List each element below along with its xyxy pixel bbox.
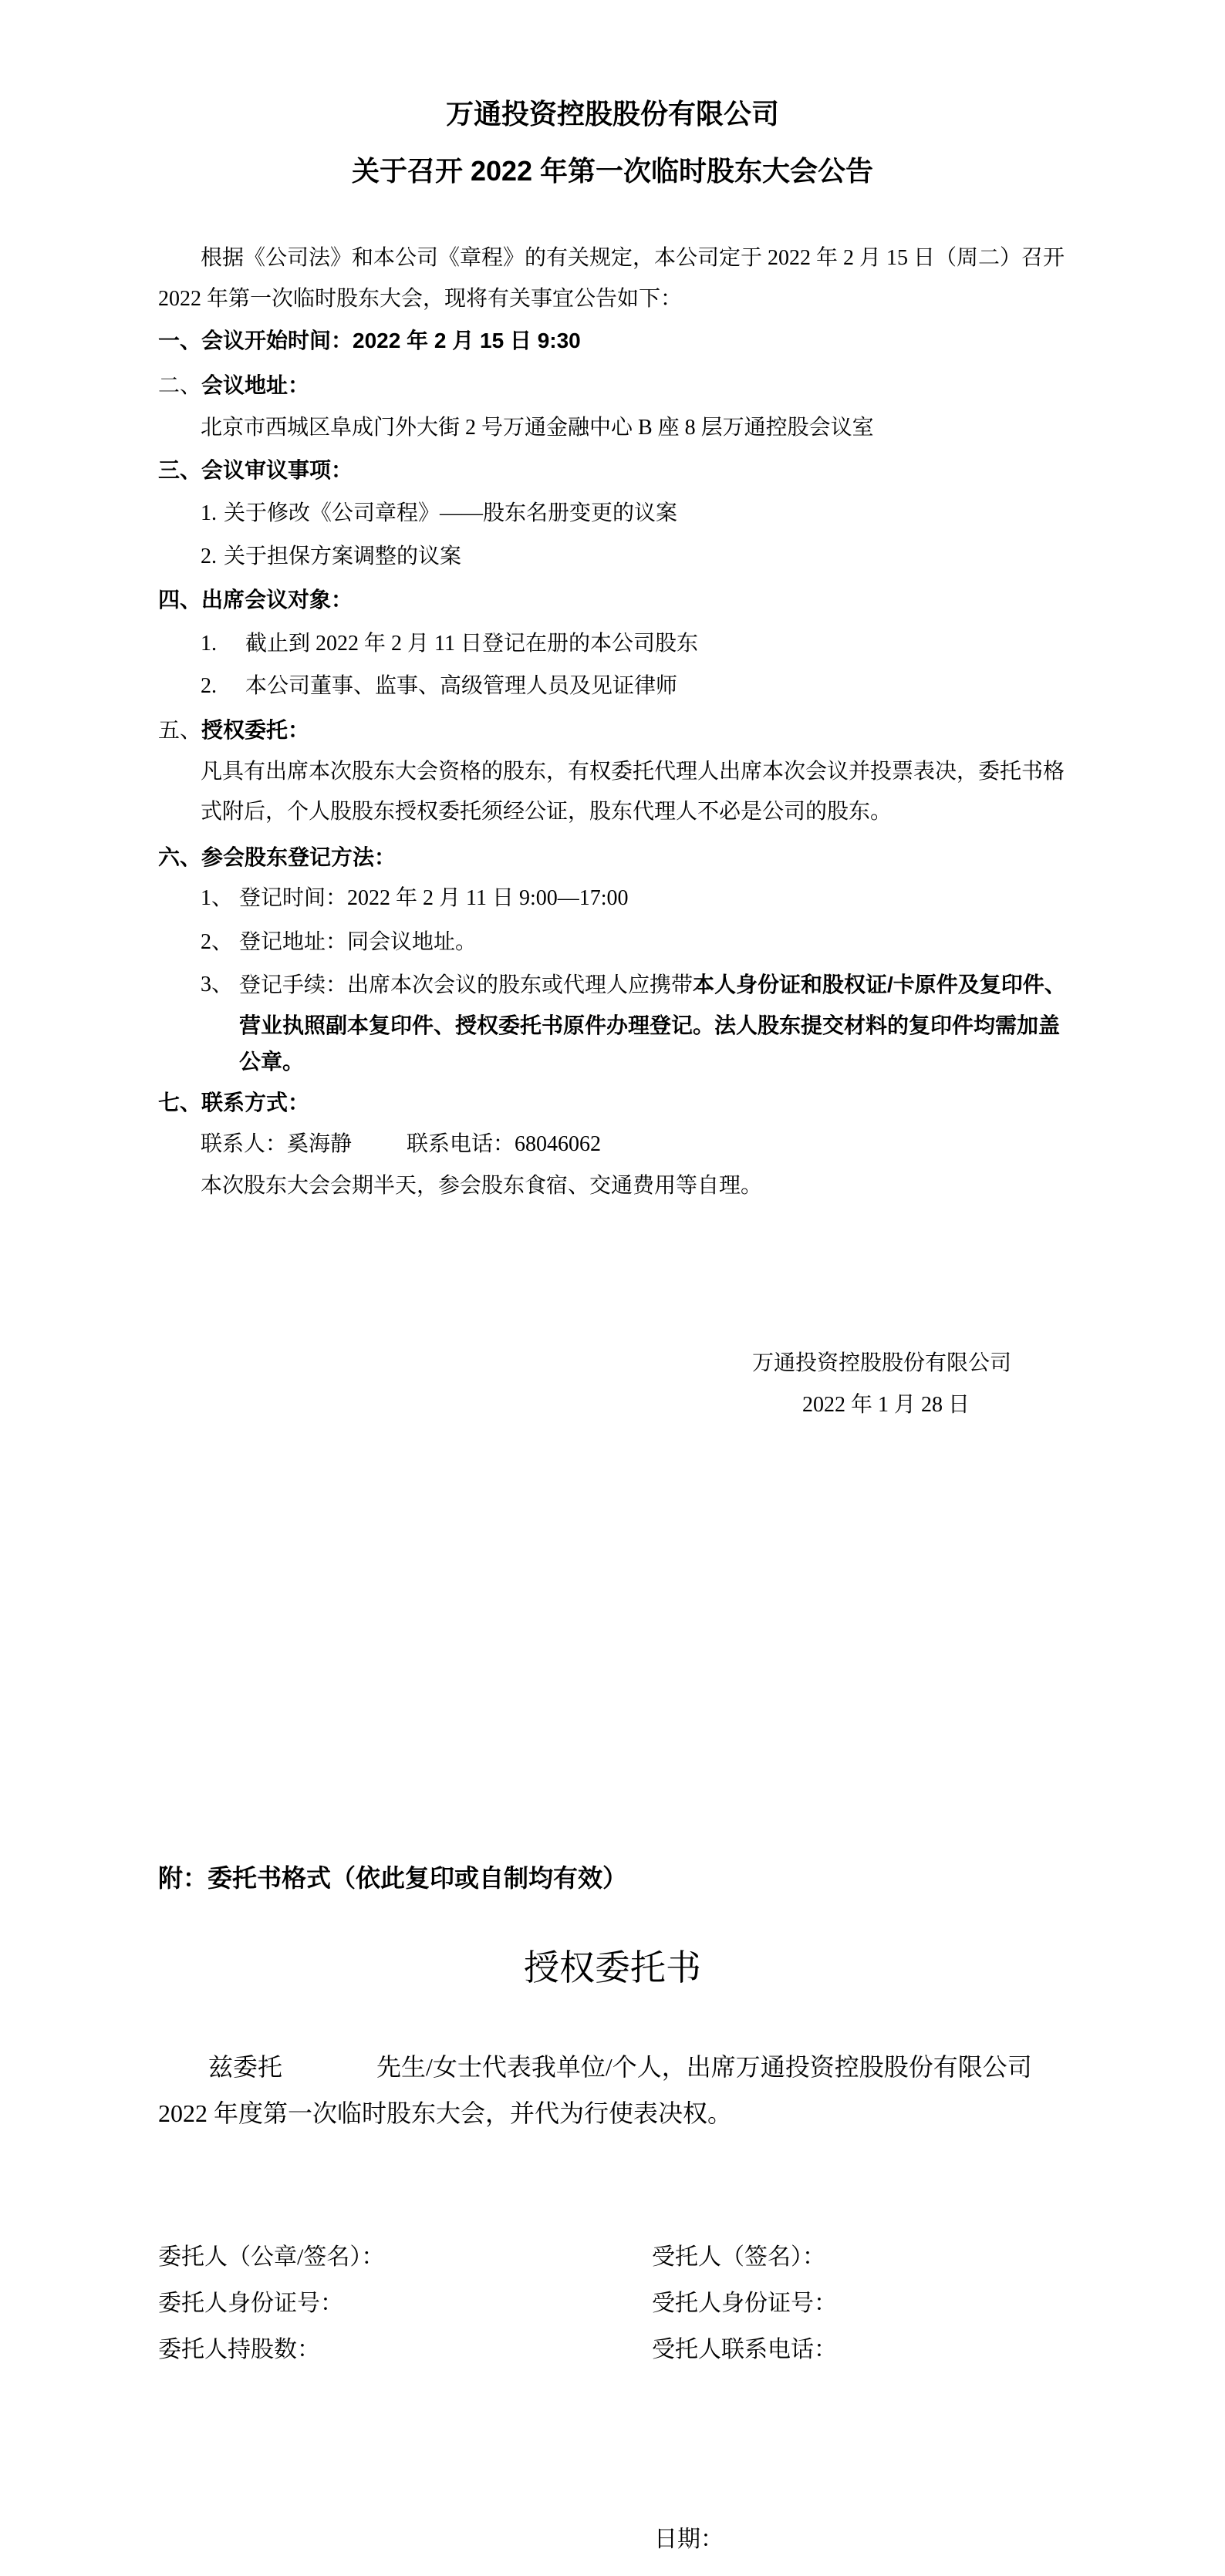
signature-date: 2022 年 1 月 28 日 (802, 1390, 970, 1421)
section-5-heading: 五、授权委托： (158, 715, 309, 746)
intro-line-1: 根据《公司法》和本公司《章程》的有关规定，本公司定于 2022 年 2 月 15… (201, 243, 1065, 274)
registration-item-number: 2、 (201, 927, 233, 958)
section-7-heading: 七、联系方式： (158, 1087, 309, 1118)
agenda-item-text: 关于担保方案调整的议案 (224, 541, 461, 572)
proxy-form-title: 授权委托书 (0, 1945, 1225, 1991)
agenda-item: 1. (201, 498, 217, 529)
registration-procedure-line-3: 公章。 (239, 1047, 304, 1077)
proxy-id-field: 受托人身份证号： (652, 2288, 837, 2319)
section-label: 会议审议事项： (201, 458, 353, 482)
registration-address: 登记地址：同会议地址。 (239, 927, 477, 958)
attendee-item-number: 2. (201, 671, 217, 702)
proxy-body-line-2: 2022 年度第一次临时股东大会，并代为行使表决权。 (158, 2096, 732, 2130)
procedure-required-documents: 本人身份证和股权证/卡原件及复印件、 (693, 973, 1066, 996)
attendee-item-number: 1. (201, 629, 217, 659)
section-4-heading: 四、出席会议对象： (158, 585, 353, 615)
section-number: 三、 (158, 458, 201, 482)
section-6-heading: 六、参会股东登记方法： (158, 842, 396, 873)
section-label: 出席会议对象： (201, 588, 353, 612)
attendee-item-text: 截止到 2022 年 2 月 11 日登记在册的本公司股东 (245, 629, 698, 659)
proxy-paragraph-line-2: 式附后，个人股股东授权委托须经公证，股东代理人不必是公司的股东。 (201, 797, 892, 828)
section-label: 会议开始时间： (201, 329, 353, 352)
section-number: 一、 (158, 329, 201, 352)
appendix-heading: 附：委托书格式（依此复印或自制均有效） (158, 1861, 627, 1895)
section-label: 会议地址： (201, 373, 309, 397)
registration-procedure-line-2: 营业执照副本复印件、授权委托书原件办理登记。法人股东提交材料的复印件均需加盖 (239, 1010, 1060, 1041)
section-label: 参会股东登记方法： (201, 845, 396, 869)
principal-shareholding-field: 委托人持股数： (158, 2335, 320, 2365)
section-number: 七、 (158, 1091, 201, 1114)
meeting-address: 北京市西城区阜成门外大街 2 号万通金融中心 B 座 8 层万通控股会议室 (201, 413, 874, 443)
registration-item-number: 1、 (201, 883, 233, 914)
section-label: 联系方式： (201, 1091, 309, 1114)
registration-item-number: 3、 (201, 969, 233, 1000)
section-number: 二、 (158, 374, 201, 398)
proxy-signature-field: 受托人（签名）： (652, 2242, 825, 2273)
intro-line-2: 2022 年第一次临时股东大会，现将有关事宜公告如下： (158, 284, 682, 315)
proxy-phone-field: 受托人联系电话： (652, 2335, 837, 2365)
company-title: 万通投资控股股份有限公司 (0, 96, 1225, 133)
section-3-heading: 三、会议审议事项： (158, 455, 353, 486)
attendee-item-text: 本公司董事、监事、高级管理人员及见证律师 (245, 671, 677, 702)
registration-time: 登记时间：2022 年 2 月 11 日 9:00—17:00 (239, 883, 629, 914)
principal-signature-field: 委托人（公章/签名）： (158, 2242, 384, 2273)
registration-procedure-line-1: 登记手续：出席本次会议的股东或代理人应携带本人身份证和股权证/卡原件及复印件、 (239, 969, 1066, 1000)
procedure-text: 登记手续：出席本次会议的股东或代理人应携带 (239, 973, 693, 997)
meeting-time-value: 2022 年 2 月 15 日 9:30 (353, 329, 581, 352)
section-number: 五、 (158, 719, 201, 743)
section-label: 授权委托： (201, 718, 309, 742)
contact-person: 联系人：奚海静 (201, 1129, 352, 1160)
agenda-item: 2. (201, 541, 217, 572)
signature-company: 万通投资控股股份有限公司 (752, 1348, 1011, 1379)
section-number: 四、 (158, 588, 201, 612)
meeting-note: 本次股东大会会期半天，参会股东食宿、交通费用等自理。 (201, 1171, 762, 1202)
section-2-heading: 二、会议地址： (158, 370, 309, 401)
agenda-item-text: 关于修改《公司章程》——股东名册变更的议案 (224, 498, 677, 529)
notice-title: 关于召开 2022 年第一次临时股东大会公告 (0, 153, 1225, 190)
proxy-body-prefix: 兹委托 (208, 2050, 282, 2084)
item-number: 2. (201, 545, 217, 568)
date-field: 日期： (654, 2524, 724, 2555)
contact-phone: 联系电话：68046062 (407, 1129, 601, 1160)
proxy-paragraph-line-1: 凡具有出席本次股东大会资格的股东，有权委托代理人出席本次会议并投票表决，委托书格 (201, 757, 1065, 787)
proxy-body-line-1: 先生/女士代表我单位/个人，出席万通投资控股股份有限公司 (376, 2050, 1032, 2084)
section-1-heading: 一、会议开始时间：2022 年 2 月 15 日 9:30 (158, 325, 581, 356)
item-number: 1. (201, 501, 217, 525)
section-number: 六、 (158, 845, 201, 869)
principal-id-field: 委托人身份证号： (158, 2288, 343, 2319)
